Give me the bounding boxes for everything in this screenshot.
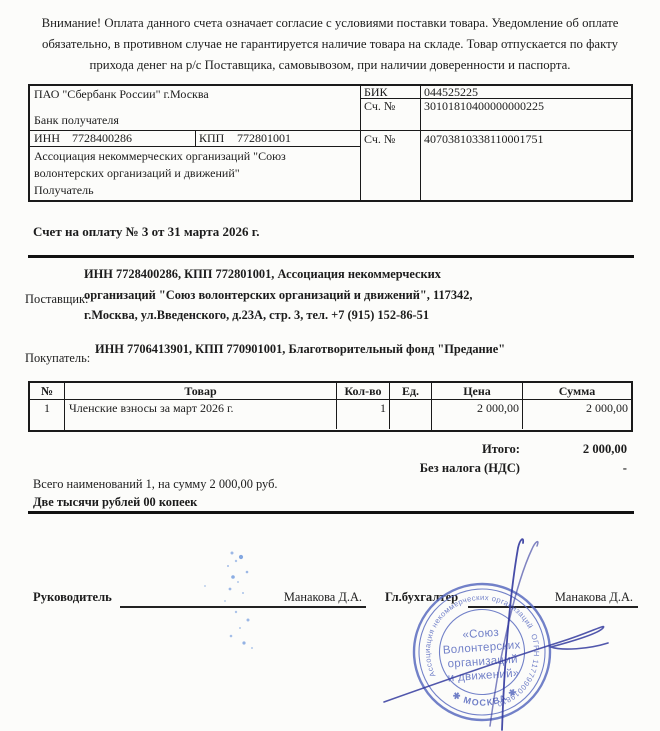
total-value: 2 000,00 <box>450 442 627 457</box>
row-cell-item: Членские взносы за март 2026 г. <box>65 400 337 429</box>
col-header-item: Товар <box>65 383 337 400</box>
row-cell-price: 2 000,00 <box>432 400 523 429</box>
col-header-price: Цена <box>432 383 523 400</box>
recipient-name: Ассоциация некоммерческих организаций "С… <box>34 148 356 181</box>
director-name: Манакова Д.А. <box>230 590 362 605</box>
bank-label: Банк получателя <box>34 113 119 128</box>
amount-in-words: Две тысячи рублей 00 копеек <box>33 495 197 510</box>
row-cell-unit <box>390 400 432 430</box>
items-count-line: Всего наименований 1, на сумму 2 000,00 … <box>33 477 277 492</box>
col-header-qty: Кол-во <box>337 383 390 400</box>
items-table: № Товар Кол-во Ед. Цена Сумма 1 Членские… <box>28 381 633 432</box>
payment-warning-text: Внимание! Оплата данного счета означает … <box>38 13 622 76</box>
table-divider <box>360 86 361 200</box>
signature-line <box>120 606 366 608</box>
settlement-account-value: 40703810338110001751 <box>424 132 544 147</box>
table-divider <box>195 130 196 146</box>
col-header-sum: Сумма <box>523 383 631 400</box>
recipient-label: Получатель <box>34 183 94 198</box>
settlement-account-label: Сч. № <box>364 132 395 147</box>
stamp-center-line: «Союз <box>462 627 499 642</box>
row-cell-num: 1 <box>30 400 65 430</box>
inn-value: 7728400286 <box>72 131 132 146</box>
horizontal-rule <box>28 255 634 258</box>
supplier-label: Поставщик: <box>25 292 89 307</box>
buyer-label: Покупатель: <box>25 351 90 366</box>
bank-details-table: ПАО "Сбербанк России" г.Москва Банк полу… <box>28 84 633 202</box>
inn-label: ИНН <box>34 131 60 146</box>
corr-account-label: Сч. № <box>364 99 395 114</box>
kpp-label: КПП <box>199 131 224 146</box>
col-header-unit: Ед. <box>390 383 432 400</box>
company-stamp: Ассоциация некоммерческих организаций ОГ… <box>400 570 564 731</box>
col-header-num: № <box>30 383 65 400</box>
kpp-value: 772801001 <box>237 131 291 146</box>
row-cell-sum: 2 000,00 <box>523 400 631 429</box>
horizontal-rule <box>28 511 634 514</box>
table-divider <box>30 146 360 147</box>
invoice-title: Счет на оплату № 3 от 31 марта 2026 г. <box>33 224 259 240</box>
bank-name: ПАО "Сбербанк России" г.Москва <box>34 87 209 102</box>
corr-account-value: 30101810400000000225 <box>424 99 544 114</box>
buyer-details: ИНН 7706413901, КПП 770901001, Благотвор… <box>95 339 575 360</box>
bik-label: БИК <box>364 85 388 100</box>
director-label: Руководитель <box>33 590 112 605</box>
row-cell-qty: 1 <box>337 400 390 429</box>
bik-value: 044525225 <box>424 85 478 100</box>
vat-value: - <box>450 461 627 476</box>
table-divider <box>420 86 421 200</box>
stamp-center-line: и движений» <box>447 667 520 684</box>
supplier-details: ИНН 7728400286, КПП 772801001, Ассоциаци… <box>84 264 508 326</box>
invoice-scan-page: Внимание! Оплата данного счета означает … <box>0 0 660 731</box>
